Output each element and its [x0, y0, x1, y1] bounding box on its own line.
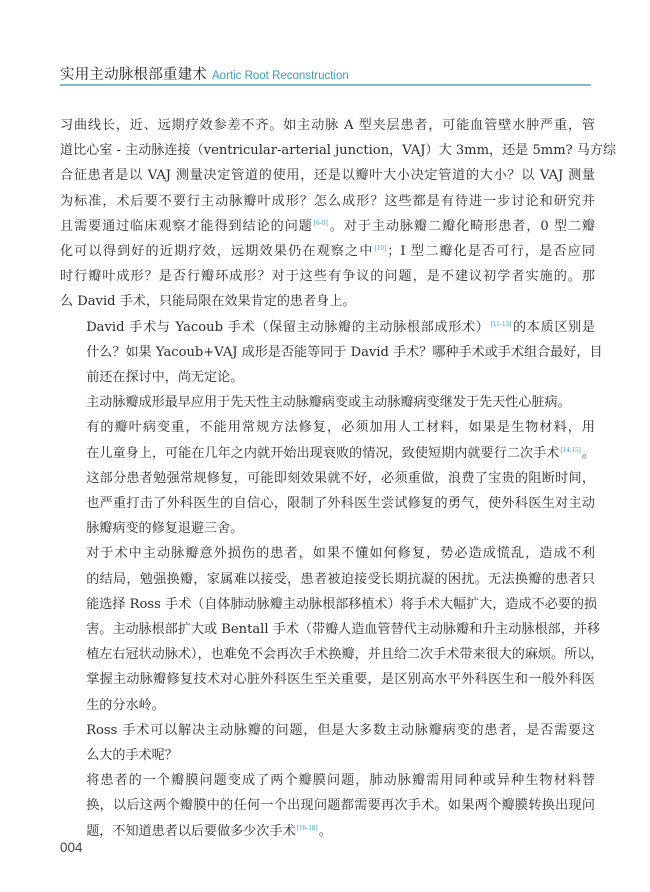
line-text: 时行瓣叶成形？是否行瓣环成形？对于这些有争议的问题，是不建议初学者实施的。那 — [60, 269, 595, 284]
line-text: 将患者的一个瓣膜问题变成了两个瓣膜问题，肺动脉瓣需用同种或异种生物材料替 — [86, 773, 595, 788]
page-number: 004 — [60, 840, 83, 855]
line-text: 对于术中主动脉瓣意外损伤的患者，如果不懂如何修复，势必造成慌乱，造成不利 — [86, 546, 595, 561]
text-line: 么大的手术呢？ — [60, 743, 595, 768]
text-line: 掌握主动脉瓣修复技术对心脏外科医生至关重要，是区别高水平外科医生和一般外科医 — [60, 667, 595, 692]
text-line: 的结局，勉强换瓣，家属难以接受，患者被迫接受长期抗凝的困扰。无法换瓣的患者只 — [60, 567, 595, 592]
line-text: David 手术与 Yacoub 手术（保留主动脉瓣的主动脉根部成形术） — [86, 320, 489, 335]
text-line: 时行瓣叶成形？是否行瓣环成形？对于这些有争议的问题，是不建议初学者实施的。那 — [60, 264, 595, 289]
line-text: 么 David 手术，只能局限在效果肯定的患者身上。 — [60, 294, 355, 309]
line-text: 主动脉瓣成形最早应用于先天性主动脉瓣病变或主动脉瓣病变继发于先天性心脏病。 — [86, 395, 570, 410]
text-line: 对于术中主动脉瓣意外损伤的患者，如果不懂如何修复，势必造成慌乱，造成不利 — [60, 541, 595, 566]
text-line: 且需要通过临床观察才能得到结论的问题[6-9]。对于主动脉瓣二瓣化畸形患者，0 … — [60, 214, 595, 239]
line-text: 么大的手术呢？ — [86, 748, 178, 763]
text-line: 生的分水岭。 — [60, 693, 595, 718]
line-text: 有的瓣叶病变重，不能用常规方法修复，必须加用人工材料，如果是生物材料，用 — [86, 420, 595, 435]
text-line: 脉瓣病变的修复退避三舍。 — [60, 516, 595, 541]
line-text: 道比心室 - 主动脉连接（ventricular-arterial juncti… — [60, 143, 616, 158]
body-text: 习曲线长，近、远期疗效参差不齐。如主动脉 A 型夹层患者，可能血管壁水肿严重，管… — [60, 113, 595, 844]
paragraph: David 手术与 Yacoub 手术（保留主动脉瓣的主动脉根部成形术）[11-… — [60, 315, 595, 391]
text-line: 将患者的一个瓣膜问题变成了两个瓣膜问题，肺动脉瓣需用同种或异种生物材料替 — [60, 768, 595, 793]
citation-reference[interactable]: [10] — [375, 244, 387, 252]
line-text: 习曲线长，近、远期疗效参差不齐。如主动脉 A 型夹层患者，可能血管壁水肿严重，管 — [60, 118, 595, 133]
line-text: 什么？如果 Yacoub+VAJ 成形是否能等同于 David 手术？哪种手术或… — [86, 345, 602, 360]
paragraph: 有的瓣叶病变重，不能用常规方法修复，必须加用人工材料，如果是生物材料，用在儿童身… — [60, 415, 595, 541]
book-title-english: Aortic Root Reconstruction — [212, 70, 349, 82]
line-text: 也严重打击了外科医生的自信心，限制了外科医生尝试修复的勇气，使外科医生对主动 — [86, 496, 595, 511]
text-line: 也严重打击了外科医生的自信心，限制了外科医生尝试修复的勇气，使外科医生对主动 — [60, 491, 595, 516]
text-line: 主动脉瓣成形最早应用于先天性主动脉瓣病变或主动脉瓣病变继发于先天性心脏病。 — [60, 390, 595, 415]
text-line: 有的瓣叶病变重，不能用常规方法修复，必须加用人工材料，如果是生物材料，用 — [60, 415, 595, 440]
text-line: 么 David 手术，只能局限在效果肯定的患者身上。 — [60, 289, 595, 314]
citation-reference[interactable]: [11-13] — [491, 320, 512, 328]
line-text: 题，不知道患者以后要做多少次手术 — [86, 824, 296, 839]
paragraph: 主动脉瓣成形最早应用于先天性主动脉瓣病变或主动脉瓣病变继发于先天性心脏病。 — [60, 390, 595, 415]
line-text: 换，以后这两个瓣膜中的任何一个出现问题都需要再次手术。如果两个瓣膜转换出现问 — [86, 798, 595, 813]
text-line: 在儿童身上，可能在几年之内就开始出现衰败的情况，致使短期内就要行二次手术[14,… — [60, 441, 595, 466]
line-text: 植左右冠状动脉术），也难免不会再次手术换瓣，并且给二次手术带来很大的麻烦。所以， — [86, 647, 603, 662]
text-line: 害。主动脉根部扩大或 Bentall 手术（带瓣人造血管替代主动脉瓣和升主动脉根… — [60, 617, 595, 642]
text-line: 习曲线长，近、远期疗效参差不齐。如主动脉 A 型夹层患者，可能血管壁水肿严重，管 — [60, 113, 595, 138]
text-line: 能选择 Ross 手术（自体肺动脉瓣主动脉根部移植术）将手术大幅扩大，造成不必要… — [60, 592, 595, 617]
text-line: 前还在探讨中，尚无定论。 — [60, 365, 595, 390]
line-text: 这部分患者勉强常规修复，可能即刻效果就不好，必须重做，浪费了宝贵的阻断时间， — [86, 471, 595, 486]
line-text: 在儿童身上，可能在几年之内就开始出现衰败的情况，致使短期内就要行二次手术 — [86, 446, 559, 461]
text-line: 合征患者是以 VAJ 测量决定管道的使用，还是以瓣叶大小决定管道的大小？以 VA… — [60, 163, 595, 188]
line-text-after-citation: 。 — [582, 446, 595, 461]
paragraph: 对于术中主动脉瓣意外损伤的患者，如果不懂如何修复，势必造成慌乱，造成不利的结局，… — [60, 541, 595, 717]
line-text: 能选择 Ross 手术（自体肺动脉瓣主动脉根部移植术）将手术大幅扩大，造成不必要… — [86, 597, 597, 612]
line-text-after-citation: ；I 型二瓣化是否可行，是否应同 — [387, 244, 595, 259]
line-text: 的结局，勉强换瓣，家属难以接受，患者被迫接受长期抗凝的困扰。无法换瓣的患者只 — [86, 572, 595, 587]
line-text: 前还在探讨中，尚无定论。 — [86, 370, 243, 385]
running-header: 实用主动脉根部重建术 Aortic Root Reconstruction — [60, 63, 457, 83]
paragraph: 将患者的一个瓣膜问题变成了两个瓣膜问题，肺动脉瓣需用同种或异种生物材料替换，以后… — [60, 768, 595, 844]
paragraph: Ross 手术可以解决主动脉瓣的问题，但是大多数主动脉瓣病变的患者，是否需要这么… — [60, 718, 595, 768]
text-line: David 手术与 Yacoub 手术（保留主动脉瓣的主动脉根部成形术）[11-… — [60, 315, 595, 340]
text-line: 这部分患者勉强常规修复，可能即刻效果就不好，必须重做，浪费了宝贵的阻断时间， — [60, 466, 595, 491]
line-text: 化可以得到好的近期疗效，远期效果仍在观察之中 — [60, 244, 374, 259]
line-text-after-citation: 。对于主动脉瓣二瓣化畸形患者，0 型二瓣 — [329, 219, 595, 234]
header-divider — [60, 84, 457, 86]
citation-reference[interactable]: [14,15] — [560, 446, 580, 454]
text-line: 道比心室 - 主动脉连接（ventricular-arterial juncti… — [60, 138, 595, 163]
line-text: 生的分水岭。 — [86, 698, 165, 713]
line-text: Ross 手术可以解决主动脉瓣的问题，但是大多数主动脉瓣病变的患者，是否需要这 — [86, 723, 595, 738]
line-text: 且需要通过临床观察才能得到结论的问题 — [60, 219, 313, 234]
text-line: 为标准，术后要不要行主动脉瓣叶成形？怎么成形？这些都是有待进一步讨论和研究并 — [60, 189, 595, 214]
header-divider-extension — [457, 84, 591, 86]
text-line: 化可以得到好的近期疗效，远期效果仍在观察之中[10]；I 型二瓣化是否可行，是否… — [60, 239, 595, 264]
line-text: 脉瓣病变的修复退避三舍。 — [86, 521, 243, 536]
paragraph: 习曲线长，近、远期疗效参差不齐。如主动脉 A 型夹层患者，可能血管壁水肿严重，管… — [60, 113, 595, 315]
line-text: 合征患者是以 VAJ 测量决定管道的使用，还是以瓣叶大小决定管道的大小？以 VA… — [60, 168, 595, 183]
text-line: 植左右冠状动脉术），也难免不会再次手术换瓣，并且给二次手术带来很大的麻烦。所以， — [60, 642, 595, 667]
book-title-chinese: 实用主动脉根部重建术 — [60, 63, 207, 84]
text-line: 题，不知道患者以后要做多少次手术[16-18]。 — [60, 819, 595, 844]
line-text-after-citation: 的本质区别是 — [512, 320, 595, 335]
citation-reference[interactable]: [16-18] — [297, 824, 318, 832]
line-text: 害。主动脉根部扩大或 Bentall 手术（带瓣人造血管替代主动脉瓣和升主动脉根… — [86, 622, 600, 637]
line-text: 掌握主动脉瓣修复技术对心脏外科医生至关重要，是区别高水平外科医生和一般外科医 — [86, 672, 595, 687]
line-text: 为标准，术后要不要行主动脉瓣叶成形？怎么成形？这些都是有待进一步讨论和研究并 — [60, 194, 595, 209]
text-line: 换，以后这两个瓣膜中的任何一个出现问题都需要再次手术。如果两个瓣膜转换出现问 — [60, 793, 595, 818]
line-text-after-citation: 。 — [319, 824, 332, 839]
text-line: 什么？如果 Yacoub+VAJ 成形是否能等同于 David 手术？哪种手术或… — [60, 340, 595, 365]
citation-reference[interactable]: [6-9] — [314, 219, 328, 227]
text-line: Ross 手术可以解决主动脉瓣的问题，但是大多数主动脉瓣病变的患者，是否需要这 — [60, 718, 595, 743]
